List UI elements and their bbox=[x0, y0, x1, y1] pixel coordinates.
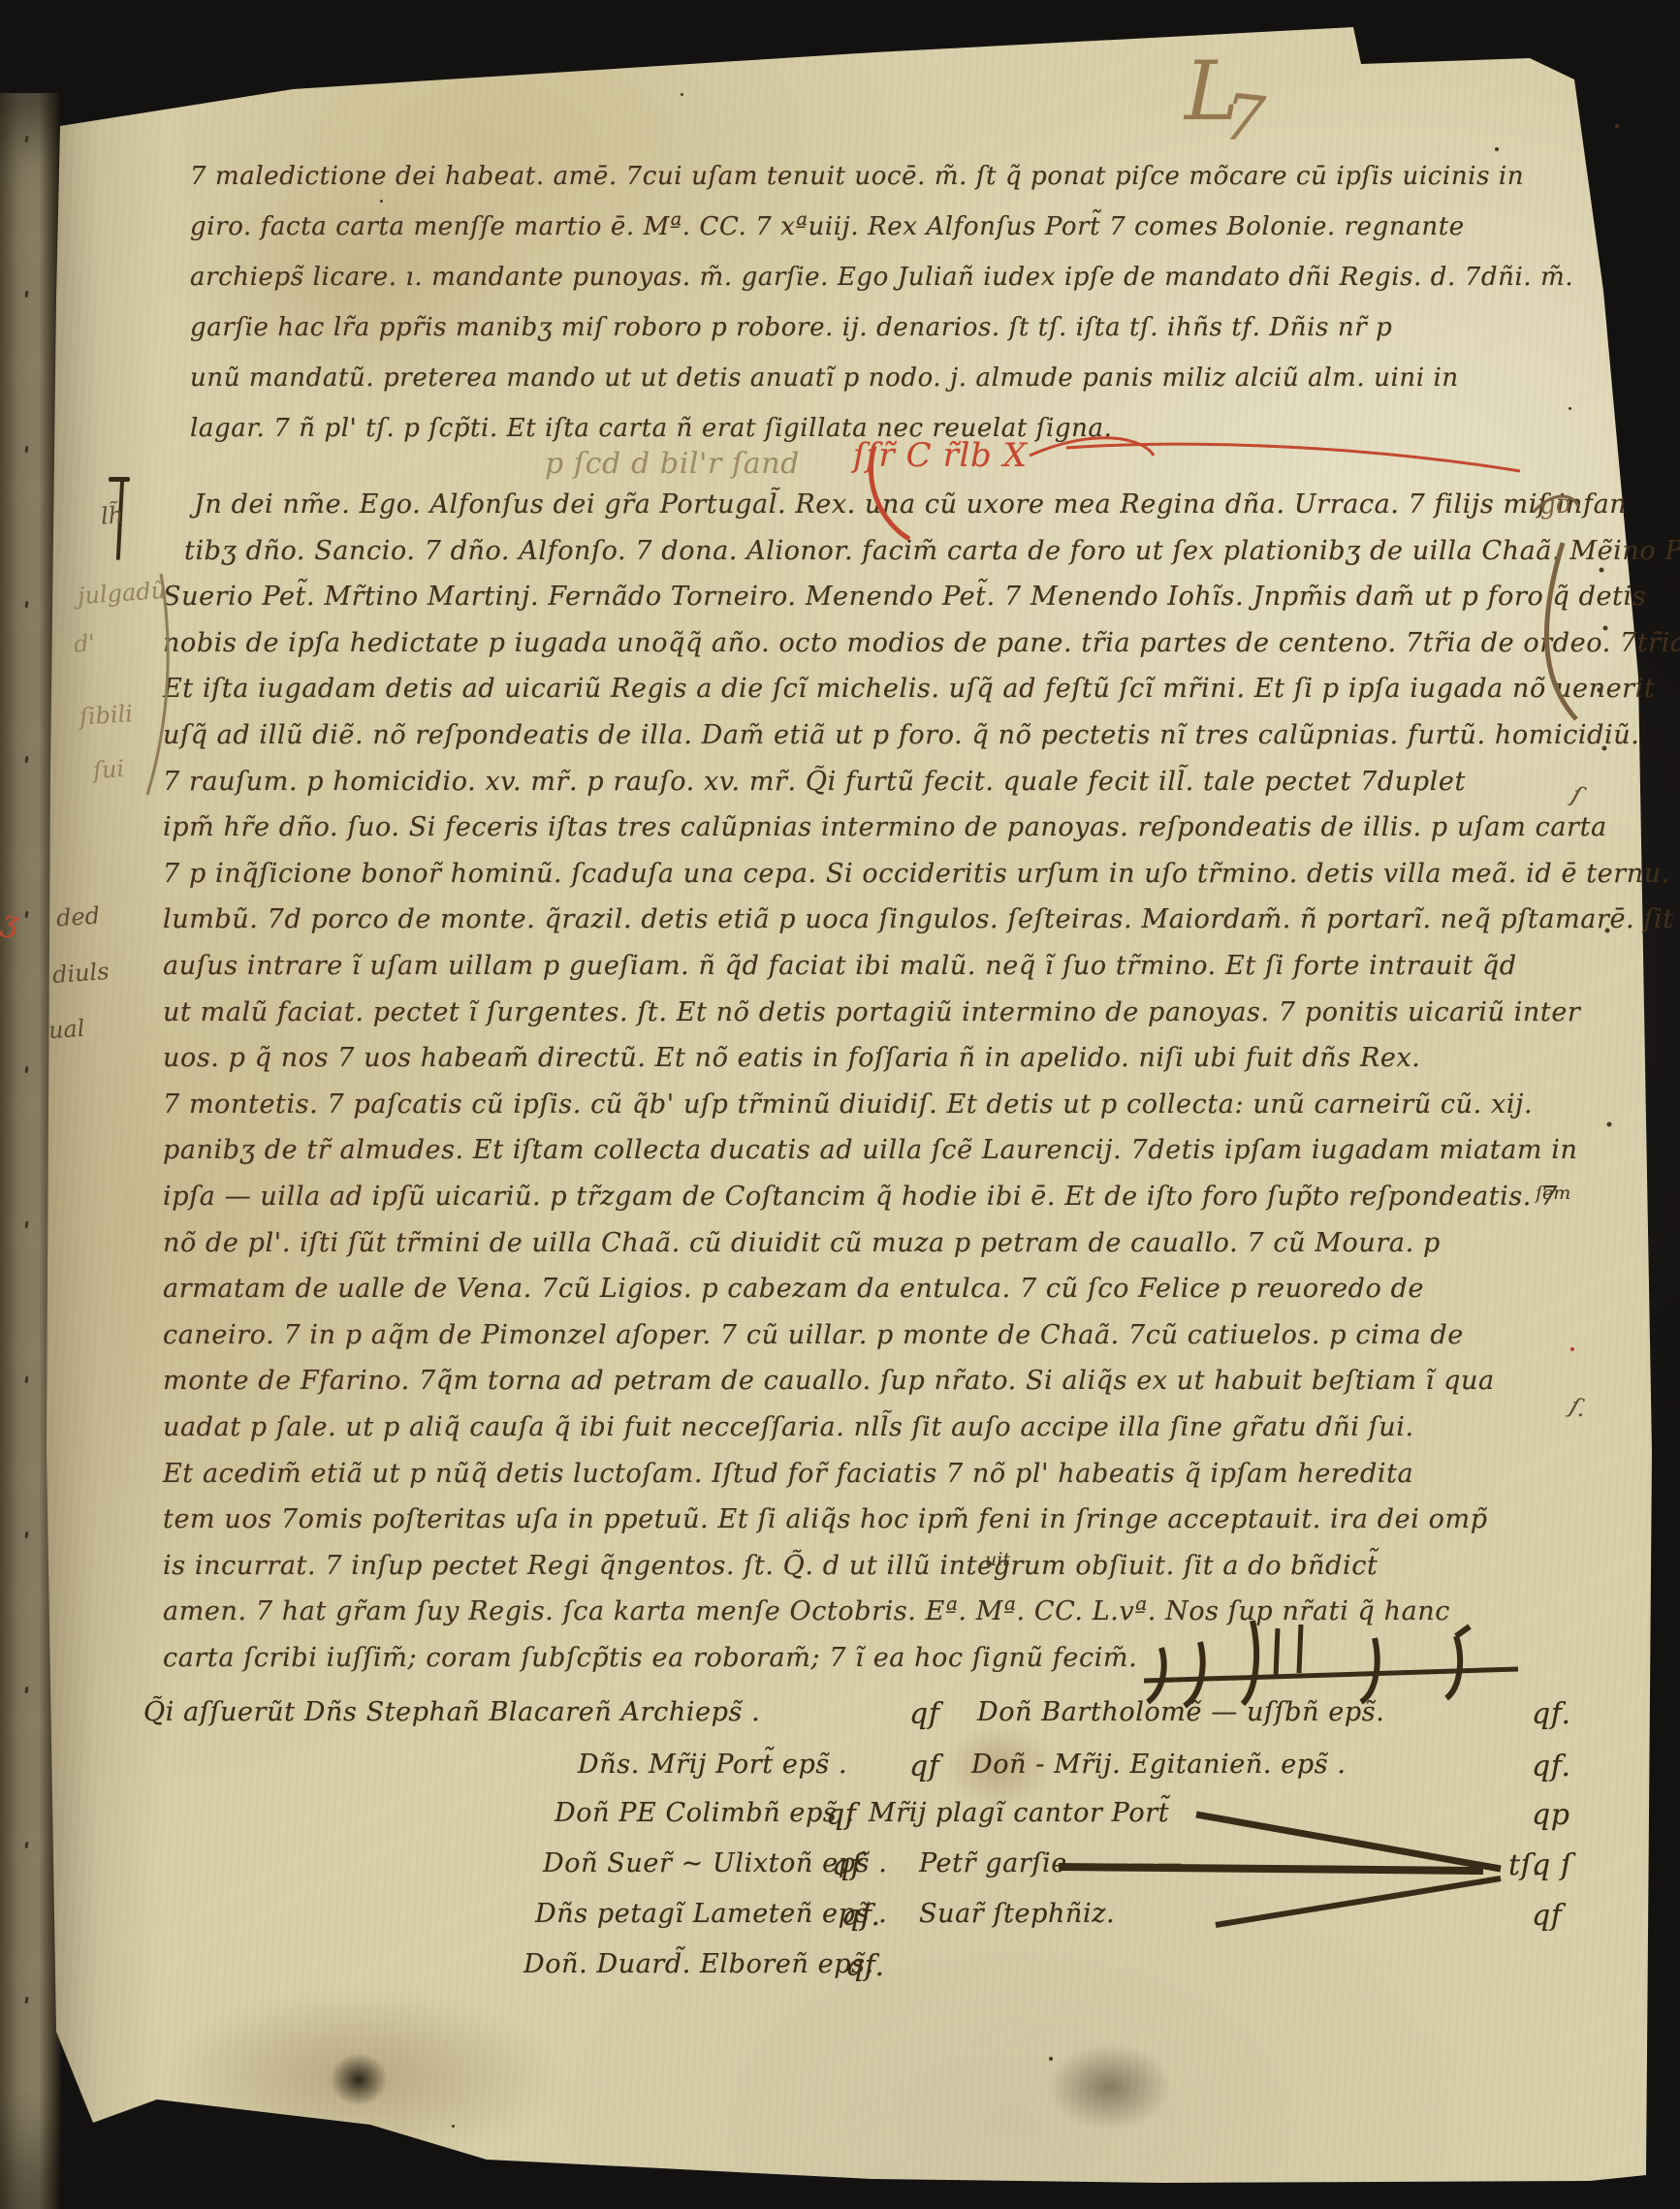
manuscript-text-line: 7 maledictione dei habeat. amē. 7cui uſa… bbox=[190, 163, 1524, 191]
manuscript-text-line: Suar̃ ſtephñiz. bbox=[919, 1900, 1115, 1929]
manuscript-text-line: qf bbox=[909, 1751, 940, 1783]
manuscript-text-line: Jn dei nm̃e. Ego. Alfonſus dei gr̃a Port… bbox=[194, 490, 1627, 520]
speck bbox=[1570, 1347, 1574, 1351]
left-margin-note: ſibili bbox=[79, 702, 133, 729]
speck bbox=[1049, 2057, 1053, 2061]
manuscript-text-line: Dñs. Mr̃ij Port̃ eps̃ . bbox=[578, 1751, 847, 1780]
left-margin-note: ded bbox=[55, 903, 101, 930]
manuscript-text-line: qf. bbox=[845, 1950, 885, 1982]
manuscript-text-line: Doñ Bartholomẽ — uſſbñ eps̃. bbox=[977, 1698, 1384, 1727]
manuscript-text-line: Et acedim̃ etiã ut p nũq̃ detis luctoſam… bbox=[163, 1460, 1413, 1489]
manuscript-text-line: Doñ - Mr̃ij. Egitanieñ. eps̃ . bbox=[971, 1751, 1347, 1780]
manuscript-text-line: 7 montetis. 7 paſcatis cũ ipſis. cũ q̃b'… bbox=[163, 1090, 1533, 1120]
manuscript-text-line: 7 rauſum. p homicidio. xv. mr̃. p rauſo.… bbox=[163, 768, 1466, 797]
manuscript-text-line: Q̃i aſſuerũt Dñs Stephañ Blacareñ Archie… bbox=[143, 1698, 760, 1727]
folio-number-mark: L 7 bbox=[1185, 50, 1239, 132]
manuscript-text-line: qf. bbox=[841, 1900, 881, 1932]
left-margin-note: d' bbox=[73, 631, 96, 655]
left-margin-note: ual bbox=[48, 1017, 85, 1043]
manuscript-text-line: garſie hac lr̃a ppr̃is manibʒ miſ roboro… bbox=[190, 314, 1392, 342]
manuscript-text-line: Mr̃ij plagĩ cantor Port̃ bbox=[869, 1799, 1169, 1828]
manuscript-text-line: qf bbox=[826, 1799, 857, 1831]
speck bbox=[1569, 407, 1571, 410]
manuscript-text-line: Petr̃ garſie ———— bbox=[919, 1849, 1183, 1878]
archival-note-red: ſſr̃ C r̃lb X bbox=[853, 438, 1028, 474]
manuscript-text-line: tem uos 7omis poſteritas uſa in ppetuũ. … bbox=[163, 1505, 1488, 1534]
left-margin-note: diuls bbox=[51, 960, 110, 987]
manuscript-text-line: ut malũ faciat. pectet ĩ ſurgentes. ſt. … bbox=[163, 998, 1580, 1027]
manuscript-text-line: panibʒ de tr̃ almudes. Et iſtam collecta… bbox=[163, 1136, 1578, 1165]
stain bbox=[330, 2053, 388, 2106]
speck bbox=[452, 2125, 455, 2128]
manuscript-text-line: uadat p ſale. ut p aliq̃ cauſa q̃ ibi fu… bbox=[163, 1413, 1414, 1442]
speck bbox=[380, 200, 383, 203]
manuscript-text-line: qf bbox=[909, 1698, 940, 1730]
manuscript-text-line: amen. 7 hat gr̃am ſuy Regis. ſca karta m… bbox=[163, 1597, 1450, 1626]
manuscript-text-line: Doñ PE Colimbñ eps̃ . bbox=[555, 1799, 855, 1828]
witness-brace-label: tſ. bbox=[1508, 1849, 1542, 1881]
archival-note-faded: p ſcd d bil'r ſand bbox=[545, 448, 800, 480]
manuscript-text-line: unũ mandatũ. preterea mando ut ut detis … bbox=[190, 364, 1459, 393]
stain bbox=[1047, 2043, 1173, 2130]
manuscript-text-line: Et iſta iugadam detis ad uicariũ Regis a… bbox=[163, 675, 1655, 704]
manuscript-text-line: caneiro. 7 in p aq̃m de Pimonzel aſoper.… bbox=[163, 1321, 1464, 1350]
manuscript-text-line: auſus intrare ĩ uſam uillam p gueſiam. ñ… bbox=[163, 952, 1517, 981]
manuscript-text-line: qf bbox=[832, 1849, 863, 1881]
left-margin-note: lh̃ bbox=[100, 503, 124, 528]
manuscript-text-line: monte de Ffarino. 7q̃m torna ad petram d… bbox=[163, 1367, 1495, 1396]
manuscript-text-line: nõ de pl'. iſti ſũt tr̃mini de uilla Cha… bbox=[163, 1229, 1441, 1258]
manuscript-text-line: uos. p q̃ nos 7 uos habeam̃ directũ. Et … bbox=[163, 1044, 1420, 1073]
manuscript-text-line: qf bbox=[1532, 1900, 1563, 1932]
manuscript-text-line: ipſa — uilla ad ipſũ uicariũ. p tr̃zgam … bbox=[163, 1183, 1558, 1212]
manuscript-text-line: qf. bbox=[1532, 1751, 1571, 1783]
right-margin-flourish-text: go bbox=[1538, 491, 1571, 519]
manuscript-text-line: 7 p inq̃ſicione bonor̃ hominũ. ſcaduſa u… bbox=[163, 860, 1670, 889]
manuscript-text-line: giro. facta carta menſſe martio ē. Mª. C… bbox=[190, 213, 1465, 241]
speck bbox=[1249, 322, 1252, 325]
manuscript-text-line: Doñ. Duard̃. Elboreñ eps̃. bbox=[523, 1950, 874, 1979]
speck bbox=[1495, 147, 1499, 151]
speck bbox=[681, 93, 683, 96]
manuscript-text-line: qp bbox=[1532, 1799, 1570, 1831]
manuscript-text-line: tibʒ dño. Sancio. 7 dño. Alfonſo. 7 dona… bbox=[184, 537, 1680, 566]
interlinear-addition: ſem bbox=[1536, 1184, 1570, 1203]
stain bbox=[155, 1985, 562, 2169]
left-margin-note: julgadũ bbox=[77, 579, 167, 608]
speck bbox=[1615, 124, 1619, 128]
folio-digit: 7 bbox=[1220, 85, 1268, 153]
manuscript-text-line: is incurrat. 7 inſup pectet Regi q̃ngent… bbox=[163, 1552, 1378, 1581]
manuscript-text-line: archieps̃ licare. ı. mandante punoyas. m… bbox=[190, 264, 1573, 292]
manuscript-text-line: armatam de ualle de Vena. 7cũ Ligios. p … bbox=[163, 1275, 1424, 1304]
manuscript-text-line: nobis de ipſa hedictate p iugada unoq̃q̃… bbox=[163, 629, 1680, 658]
manuscript-text-line: Suerio Pet̃. Mr̃tino Martinj. Fernãdo To… bbox=[163, 583, 1646, 612]
manuscript-text-line: Dñs petagĩ Lameteñ eps̃ . bbox=[535, 1900, 887, 1929]
left-margin-note: ſui bbox=[92, 757, 125, 782]
interlinear-addition: uit bbox=[985, 1551, 1010, 1569]
manuscript-text-line: carta ſcribi iuſſim̃; coram ſubſcp̃tis e… bbox=[163, 1644, 1137, 1673]
manuscript-scan: L 7 7 maledictione dei habeat. amē. 7cui… bbox=[0, 0, 1680, 2209]
manuscript-text-line: ipm̃ hr̃e dño. ſuo. Si feceris iſtas tre… bbox=[163, 813, 1607, 842]
manuscript-text-line: uſq̃ ad illũ diẽ. nõ reſpondeatis de ill… bbox=[163, 721, 1639, 750]
manuscript-text-line: lumbũ. 7d porco de monte. q̃razil. detis… bbox=[163, 905, 1674, 934]
manuscript-text-line: qf. bbox=[1532, 1698, 1571, 1730]
